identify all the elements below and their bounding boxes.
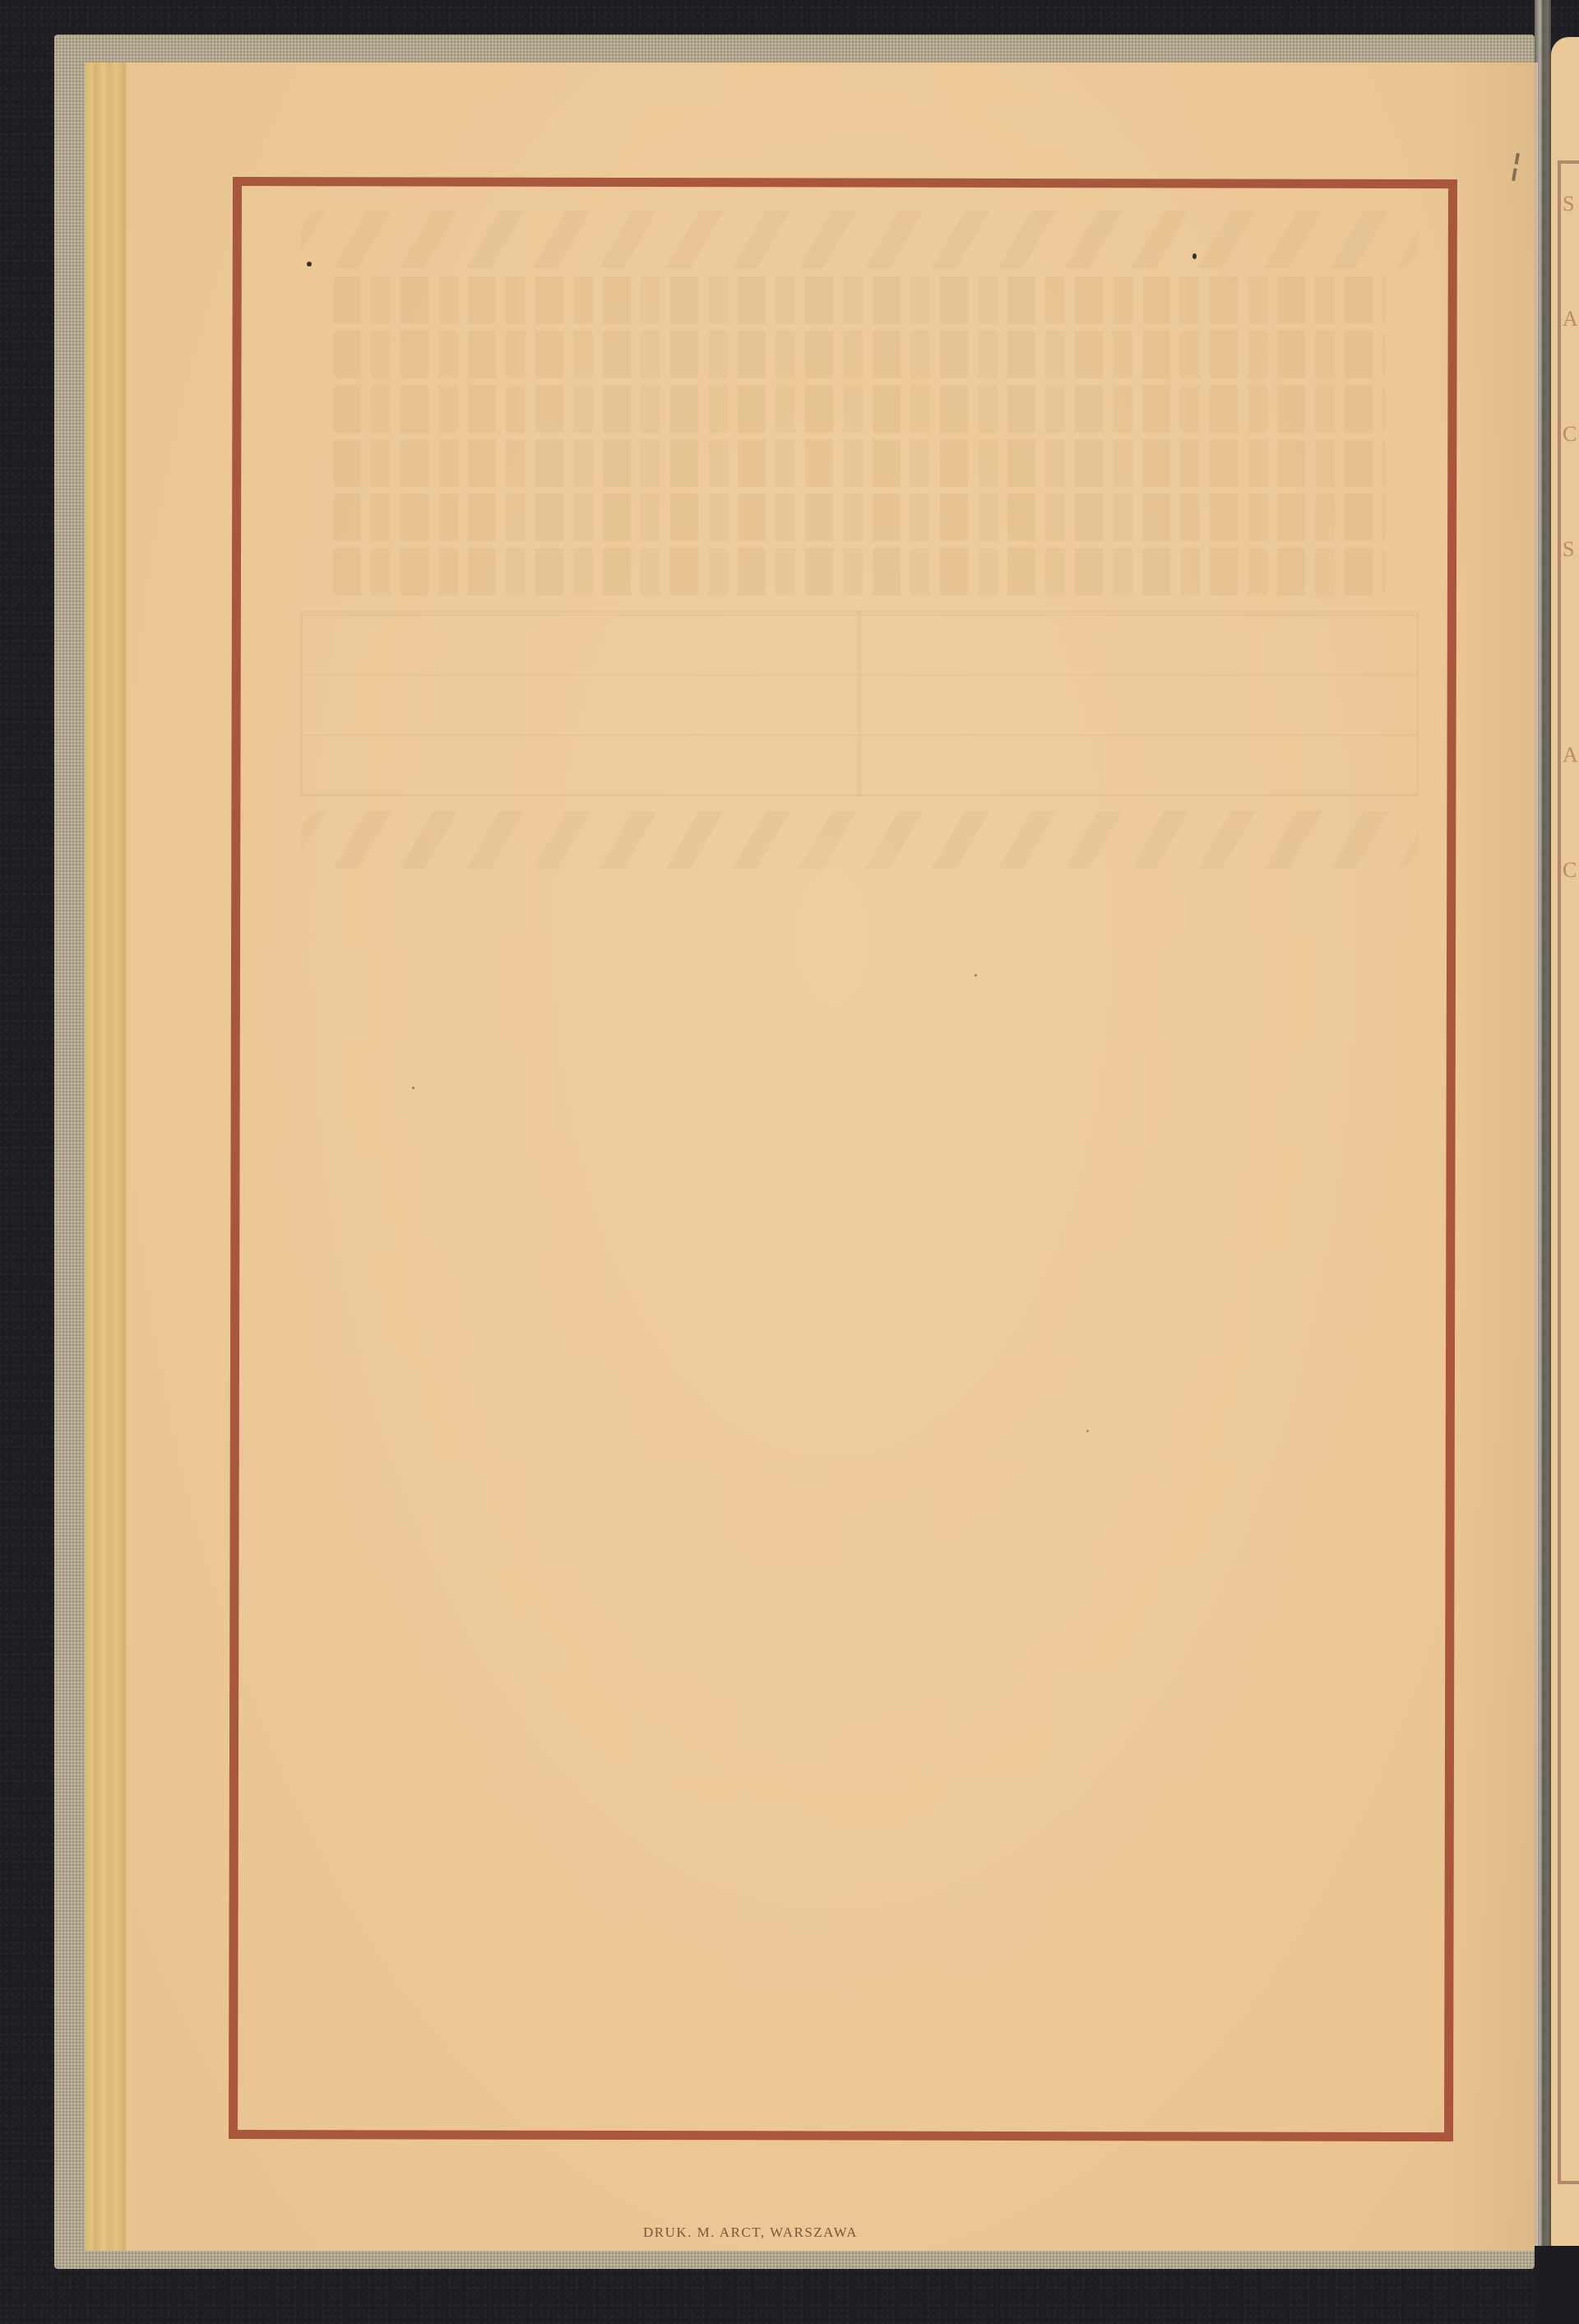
printer-imprint-text: DRUK. M. ARCT, WARSZAWA (643, 2224, 858, 2240)
paper-speck (412, 1087, 414, 1089)
adjacent-page-ornament: A (1563, 308, 1579, 330)
scanner-background-corner (1535, 2246, 1579, 2324)
adjacent-page: S A C S A C (1551, 37, 1579, 2291)
paper-speck (1192, 253, 1197, 259)
adjacent-page-ornament: S (1563, 193, 1579, 215)
printed-red-frame (229, 177, 1457, 2141)
paper-speck (975, 974, 977, 976)
adjacent-page-frame (1558, 160, 1579, 2184)
adjacent-page-ornament: S (1563, 539, 1579, 560)
adjacent-page-ornament: A (1563, 745, 1579, 766)
paper-speck (307, 262, 312, 267)
glass-holder-strip (1535, 0, 1551, 2324)
printer-imprint: DRUK. M. ARCT, WARSZAWA (127, 2224, 1538, 2241)
paper-speck (1086, 1430, 1089, 1432)
book-page: DRUK. M. ARCT, WARSZAWA (127, 63, 1538, 2251)
adjacent-page-ornament: C (1563, 424, 1579, 445)
adjacent-page-ornament: C (1563, 860, 1579, 881)
page-edges (85, 63, 127, 2251)
